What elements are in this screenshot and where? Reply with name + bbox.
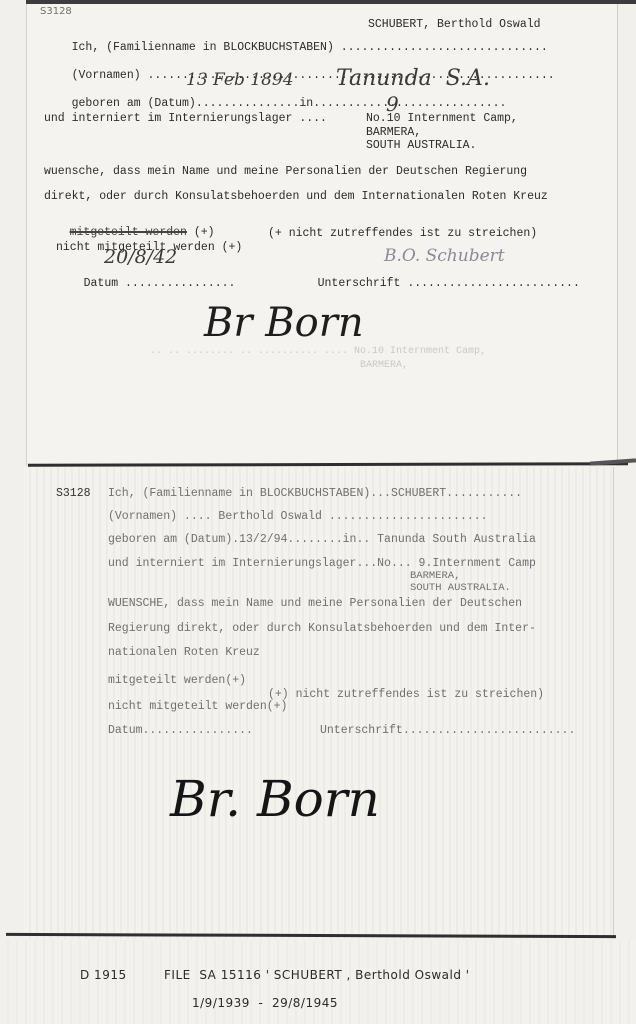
camp-number-correction: 9: [386, 92, 399, 116]
internment-label: und interniert im Internierungslager ...…: [44, 112, 327, 125]
date-dots: ................: [125, 277, 235, 290]
bleed-through-text: .. .. ........ .. .......... .... No.10 …: [150, 346, 486, 357]
date-handwritten: 20/8/42: [104, 246, 177, 268]
surname-value: SCHUBERT, Berthold Oswald: [368, 18, 541, 31]
copy-date-row: Datum................: [108, 724, 253, 737]
copy-request-line3: nationalen Roten Kreuz: [108, 646, 260, 659]
surname-dots: ..............................: [341, 41, 548, 54]
corner-file-number: S3128: [40, 6, 72, 17]
date-row: Datum ................: [56, 264, 235, 303]
camp-state: SOUTH AUSTRALIA.: [366, 139, 476, 152]
date-label: Datum: [84, 277, 125, 290]
internee-signature: B.O. Schubert: [384, 246, 505, 266]
copy-option-not-communicated: nicht mitgeteilt werden(+): [108, 700, 287, 713]
surname-label: Ich, (Familienname in BLOCKBUCHSTABEN): [72, 41, 341, 54]
top-edge-rule: [26, 0, 636, 4]
copy-camp-state: SOUTH AUSTRALIA.: [410, 582, 511, 594]
option-communicated-marker: (+): [187, 226, 215, 239]
birth-date-handwritten: 13 Feb 1894: [186, 70, 294, 90]
archive-reference: D 1915: [80, 968, 127, 982]
footnote-strike-instruction: (+ nicht zutreffendes ist zu streichen): [268, 227, 537, 240]
signature-row: Unterschrift .........................: [290, 264, 580, 303]
copy-footnote: (+) nicht zutreffendes ist zu streichen): [268, 688, 544, 701]
document-page: S3128 Ich, (Familienname in BLOCKBUCHSTA…: [0, 0, 636, 1024]
birth-place-dots: ............................: [313, 97, 506, 110]
birth-place-handwritten: Tanunda S.A.: [336, 66, 490, 91]
signature-label: Unterschrift: [318, 277, 408, 290]
copy-internment-line: und interniert im Internierungslager...N…: [108, 557, 536, 570]
copy-birth-line: geboren am (Datum).13/2/94........in.. T…: [108, 533, 536, 546]
given-names-label: (Vornamen): [72, 69, 148, 82]
copy-file-number: S3128: [56, 487, 91, 500]
copy-option-communicated: mitgeteilt werden(+): [108, 674, 246, 687]
camp-town: BARMERA,: [366, 126, 421, 139]
copy-request-line1: WUENSCHE, dass mein Name und meine Perso…: [108, 597, 522, 610]
request-text-line1: wuensche, dass mein Name und meine Perso…: [44, 165, 527, 178]
option-communicated-struck: mitgeteilt werden: [70, 226, 187, 239]
examiner-signature-bottom: Br. Born: [170, 770, 380, 828]
birth-date-label: geboren am (Datum): [72, 97, 196, 110]
copy-camp-town: BARMERA,: [410, 570, 460, 582]
examiner-signature-top: Br Born: [204, 300, 364, 346]
signature-dots: .........................: [407, 277, 580, 290]
bleed-through-text-2: BARMERA,: [360, 360, 408, 371]
archive-annotation-area: [0, 940, 636, 1024]
birth-place-label: in: [299, 97, 313, 110]
copy-request-line2: Regierung direkt, oder durch Konsulatsbe…: [108, 622, 536, 635]
copy-given-names-line: (Vornamen) .... Berthold Oswald ........…: [108, 510, 488, 523]
archive-date-range: 1/9/1939 - 29/8/1945: [192, 996, 338, 1010]
copy-signature-row: Unterschrift.........................: [320, 724, 575, 737]
birth-date-dots: ...............: [196, 97, 300, 110]
archive-file-title: FILE SA 15116 ' SCHUBERT , Berthold Oswa…: [164, 968, 470, 982]
copy-surname-line: Ich, (Familienname in BLOCKBUCHSTABEN)..…: [108, 487, 522, 500]
request-text-line2: direkt, oder durch Konsulatsbehoerden un…: [44, 190, 548, 203]
